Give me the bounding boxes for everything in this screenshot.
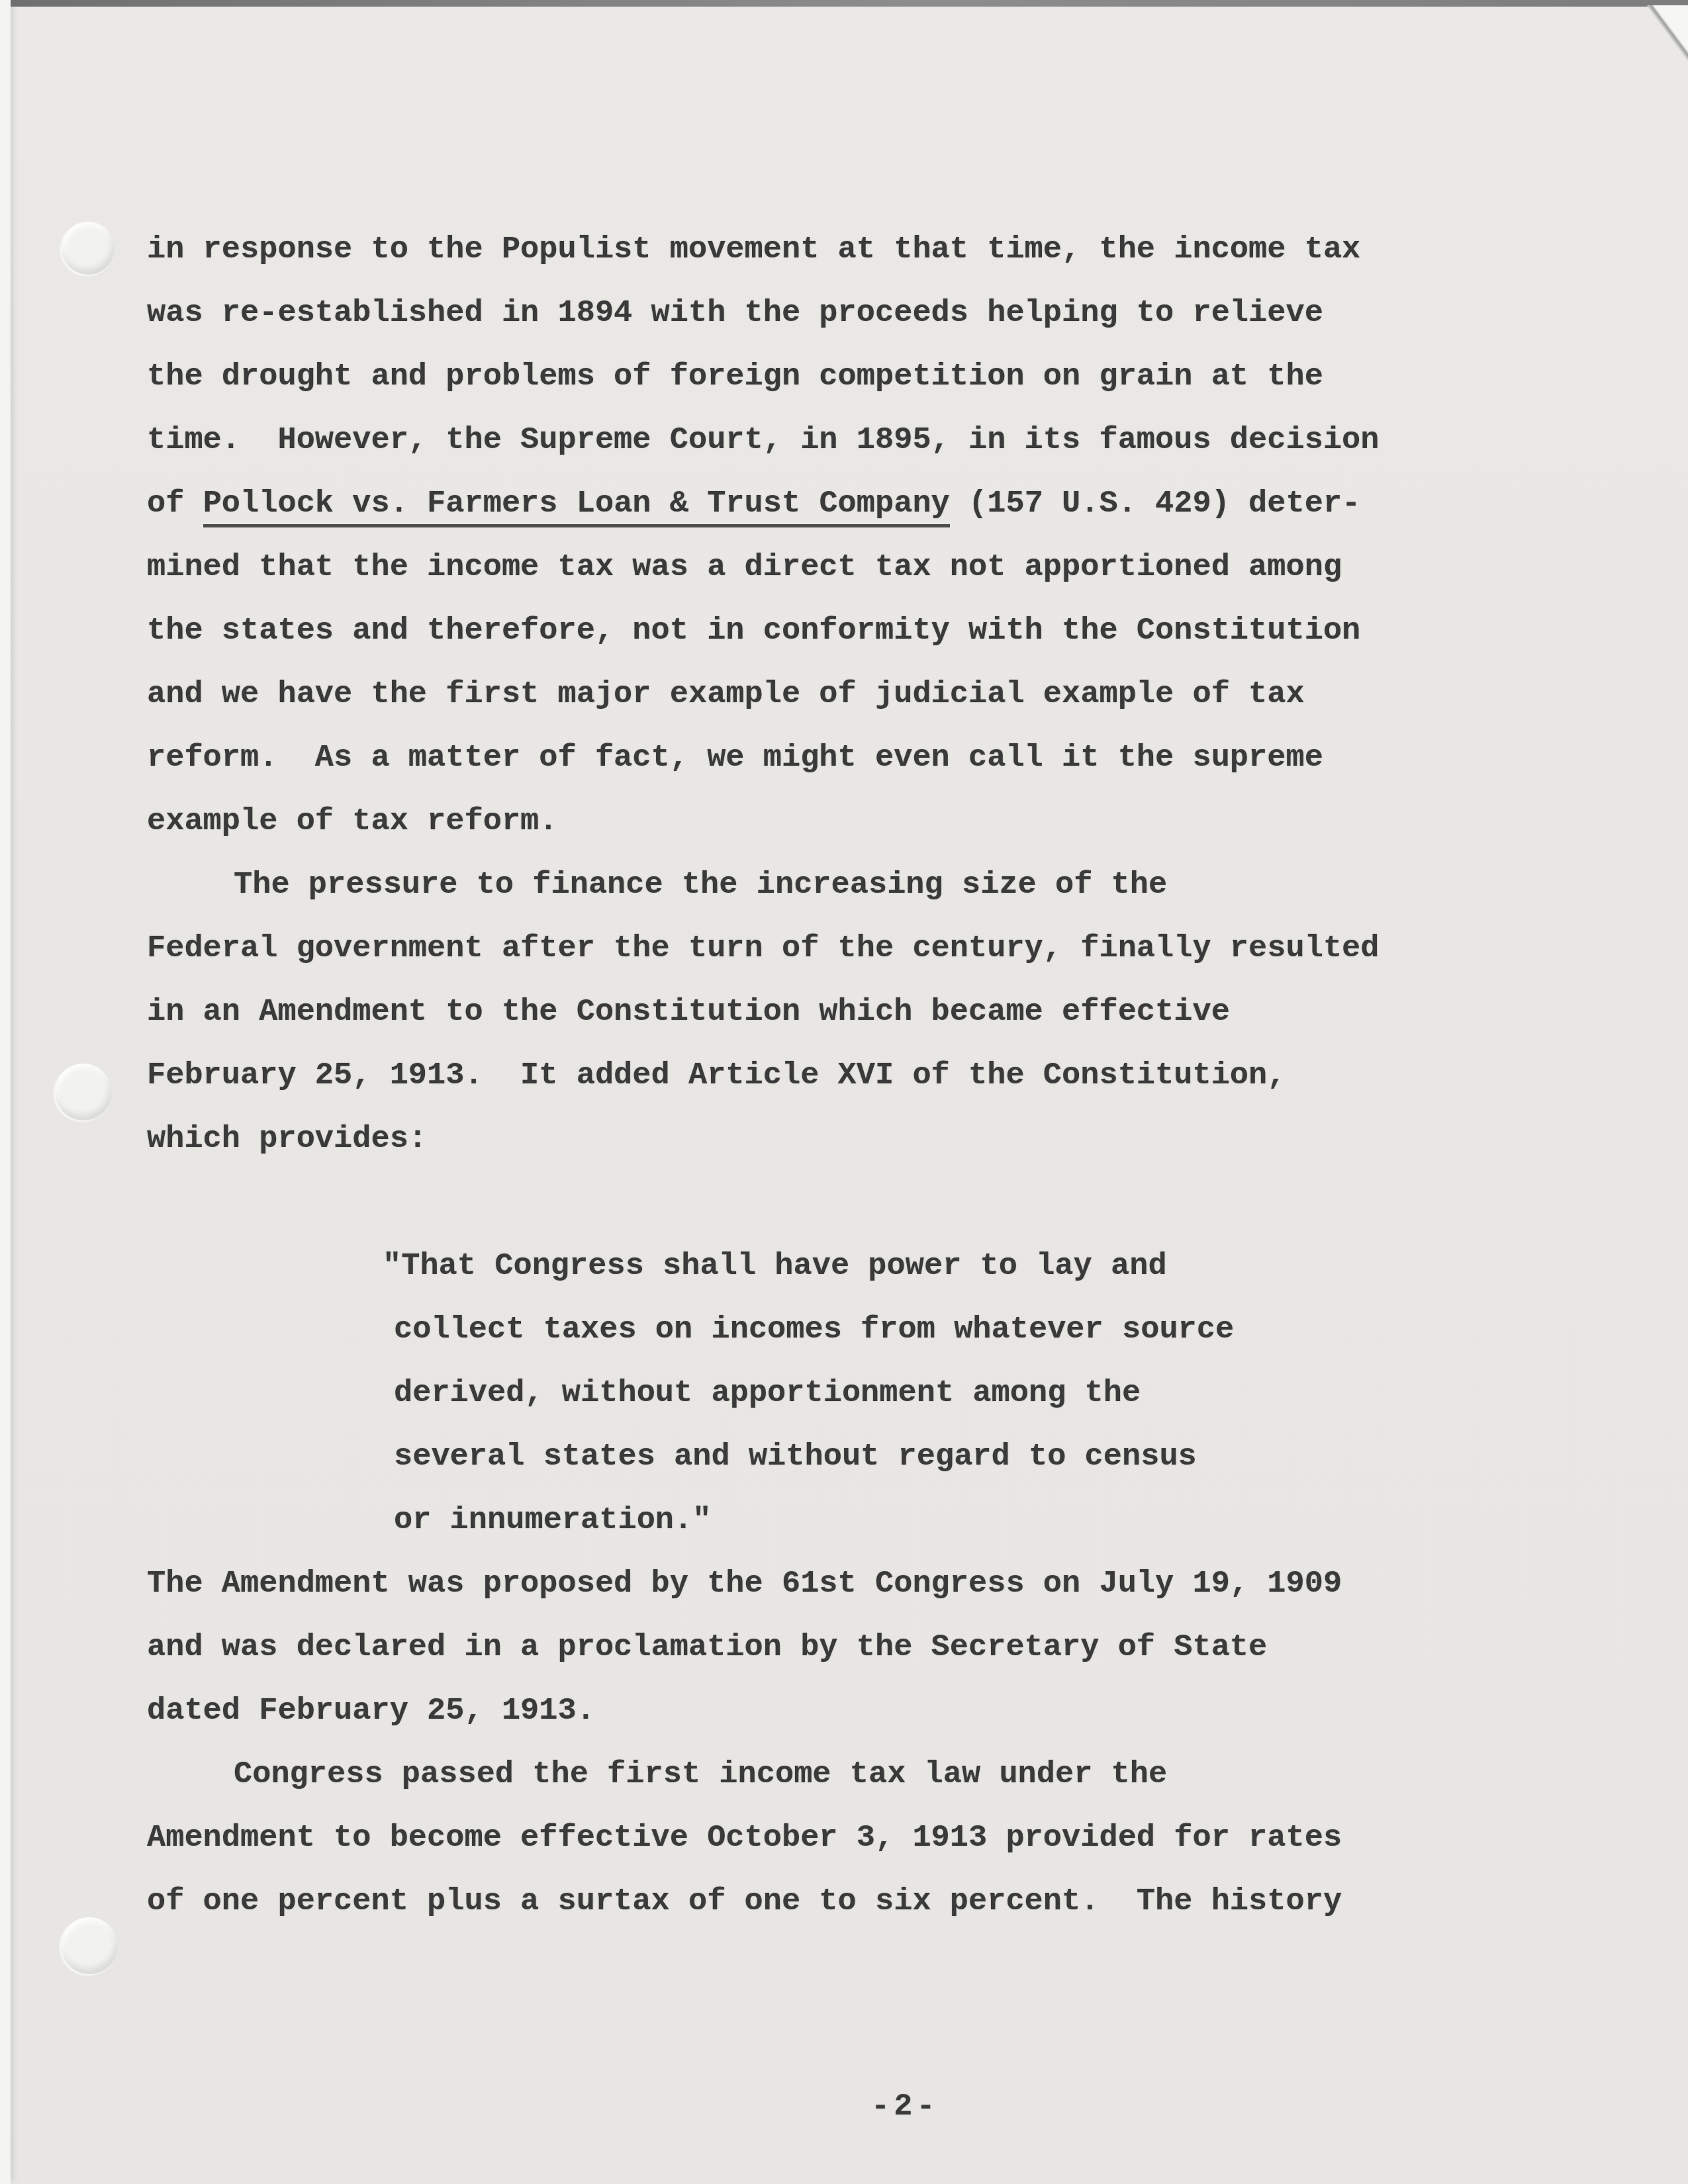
text-run: of — [147, 486, 203, 522]
text-line: in an Amendment to the Constitution whic… — [147, 981, 1577, 1044]
text-run: of one percent plus a surtax of one to s… — [147, 1884, 1342, 1919]
folded-corner — [1646, 5, 1688, 62]
case-citation-underlined: Pollock vs. Farmers Loan & Trust Company — [203, 486, 950, 527]
text-run: "That Congress shall have power to lay a… — [383, 1249, 1167, 1284]
text-run: Amendment to become effective October 3,… — [147, 1821, 1342, 1856]
text-line: which provides: — [147, 1108, 1577, 1171]
text-run: collect taxes on incomes from whatever s… — [394, 1312, 1234, 1347]
text-line: derived, without apportionment among the — [147, 1362, 1577, 1426]
text-run: The Amendment was proposed by the 61st C… — [147, 1567, 1342, 1602]
text-run: February 25, 1913. It added Article XVI … — [147, 1058, 1286, 1093]
text-run: example of tax reform. — [147, 804, 558, 839]
text-run: several states and without regard to cen… — [394, 1439, 1197, 1475]
text-run: (157 U.S. 429) deter- — [950, 486, 1361, 522]
text-line: of one percent plus a surtax of one to s… — [147, 1870, 1577, 1934]
text-run: mined that the income tax was a direct t… — [147, 550, 1342, 585]
punch-hole-top — [62, 222, 115, 275]
scanner-edge-left — [0, 0, 11, 2184]
text-run: derived, without apportionment among the — [394, 1376, 1141, 1411]
text-run: the states and therefore, not in conform… — [147, 614, 1360, 649]
text-line: dated February 25, 1913. — [147, 1680, 1577, 1743]
scanned-page: in response to the Populist movement at … — [0, 0, 1688, 2184]
text-run: the drought and problems of foreign comp… — [147, 359, 1323, 394]
text-line — [147, 1171, 1577, 1235]
page-number: -2- — [871, 2075, 939, 2139]
scanner-edge-top — [0, 0, 1688, 7]
punch-hole-bottom — [61, 1917, 118, 1974]
text-line: of Pollock vs. Farmers Loan & Trust Comp… — [147, 473, 1577, 536]
text-line: the states and therefore, not in conform… — [147, 600, 1577, 663]
text-run: in an Amendment to the Constitution whic… — [147, 995, 1230, 1030]
text-line: The Amendment was proposed by the 61st C… — [147, 1553, 1577, 1616]
text-line: collect taxes on incomes from whatever s… — [147, 1298, 1577, 1362]
text-run: Congress passed the first income tax law… — [234, 1757, 1167, 1792]
text-line: several states and without regard to cen… — [147, 1426, 1577, 1489]
text-line: the drought and problems of foreign comp… — [147, 345, 1577, 409]
text-line: example of tax reform. — [147, 790, 1577, 854]
text-body: in response to the Populist movement at … — [147, 218, 1577, 1934]
text-line: Amendment to become effective October 3,… — [147, 1807, 1577, 1870]
text-line: reform. As a matter of fact, we might ev… — [147, 727, 1577, 790]
text-run: time. However, the Supreme Court, in 189… — [147, 423, 1380, 458]
text-line: Federal government after the turn of the… — [147, 917, 1577, 981]
text-run: dated February 25, 1913. — [147, 1694, 595, 1729]
text-run: which provides: — [147, 1122, 427, 1157]
text-line: and was declared in a proclamation by th… — [147, 1616, 1577, 1680]
text-line: time. However, the Supreme Court, in 189… — [147, 409, 1577, 473]
text-line: Congress passed the first income tax law… — [147, 1743, 1577, 1807]
text-run: was re-established in 1894 with the proc… — [147, 296, 1323, 331]
text-run: reform. As a matter of fact, we might ev… — [147, 741, 1323, 776]
text-line: and we have the first major example of j… — [147, 663, 1577, 727]
punch-hole-middle — [55, 1064, 112, 1120]
text-run: and was declared in a proclamation by th… — [147, 1630, 1267, 1665]
text-run: and we have the first major example of j… — [147, 677, 1305, 712]
text-line: or innumeration." — [147, 1489, 1577, 1553]
text-run: in response to the Populist movement at … — [147, 232, 1360, 267]
text-line: mined that the income tax was a direct t… — [147, 536, 1577, 600]
text-line: in response to the Populist movement at … — [147, 218, 1577, 282]
text-run: Federal government after the turn of the… — [147, 931, 1380, 966]
text-line: February 25, 1913. It added Article XVI … — [147, 1044, 1577, 1108]
text-run: or innumeration." — [394, 1503, 711, 1538]
text-line: The pressure to finance the increasing s… — [147, 854, 1577, 917]
text-run: The pressure to finance the increasing s… — [234, 868, 1167, 903]
text-line: "That Congress shall have power to lay a… — [147, 1235, 1577, 1298]
text-line: was re-established in 1894 with the proc… — [147, 282, 1577, 345]
